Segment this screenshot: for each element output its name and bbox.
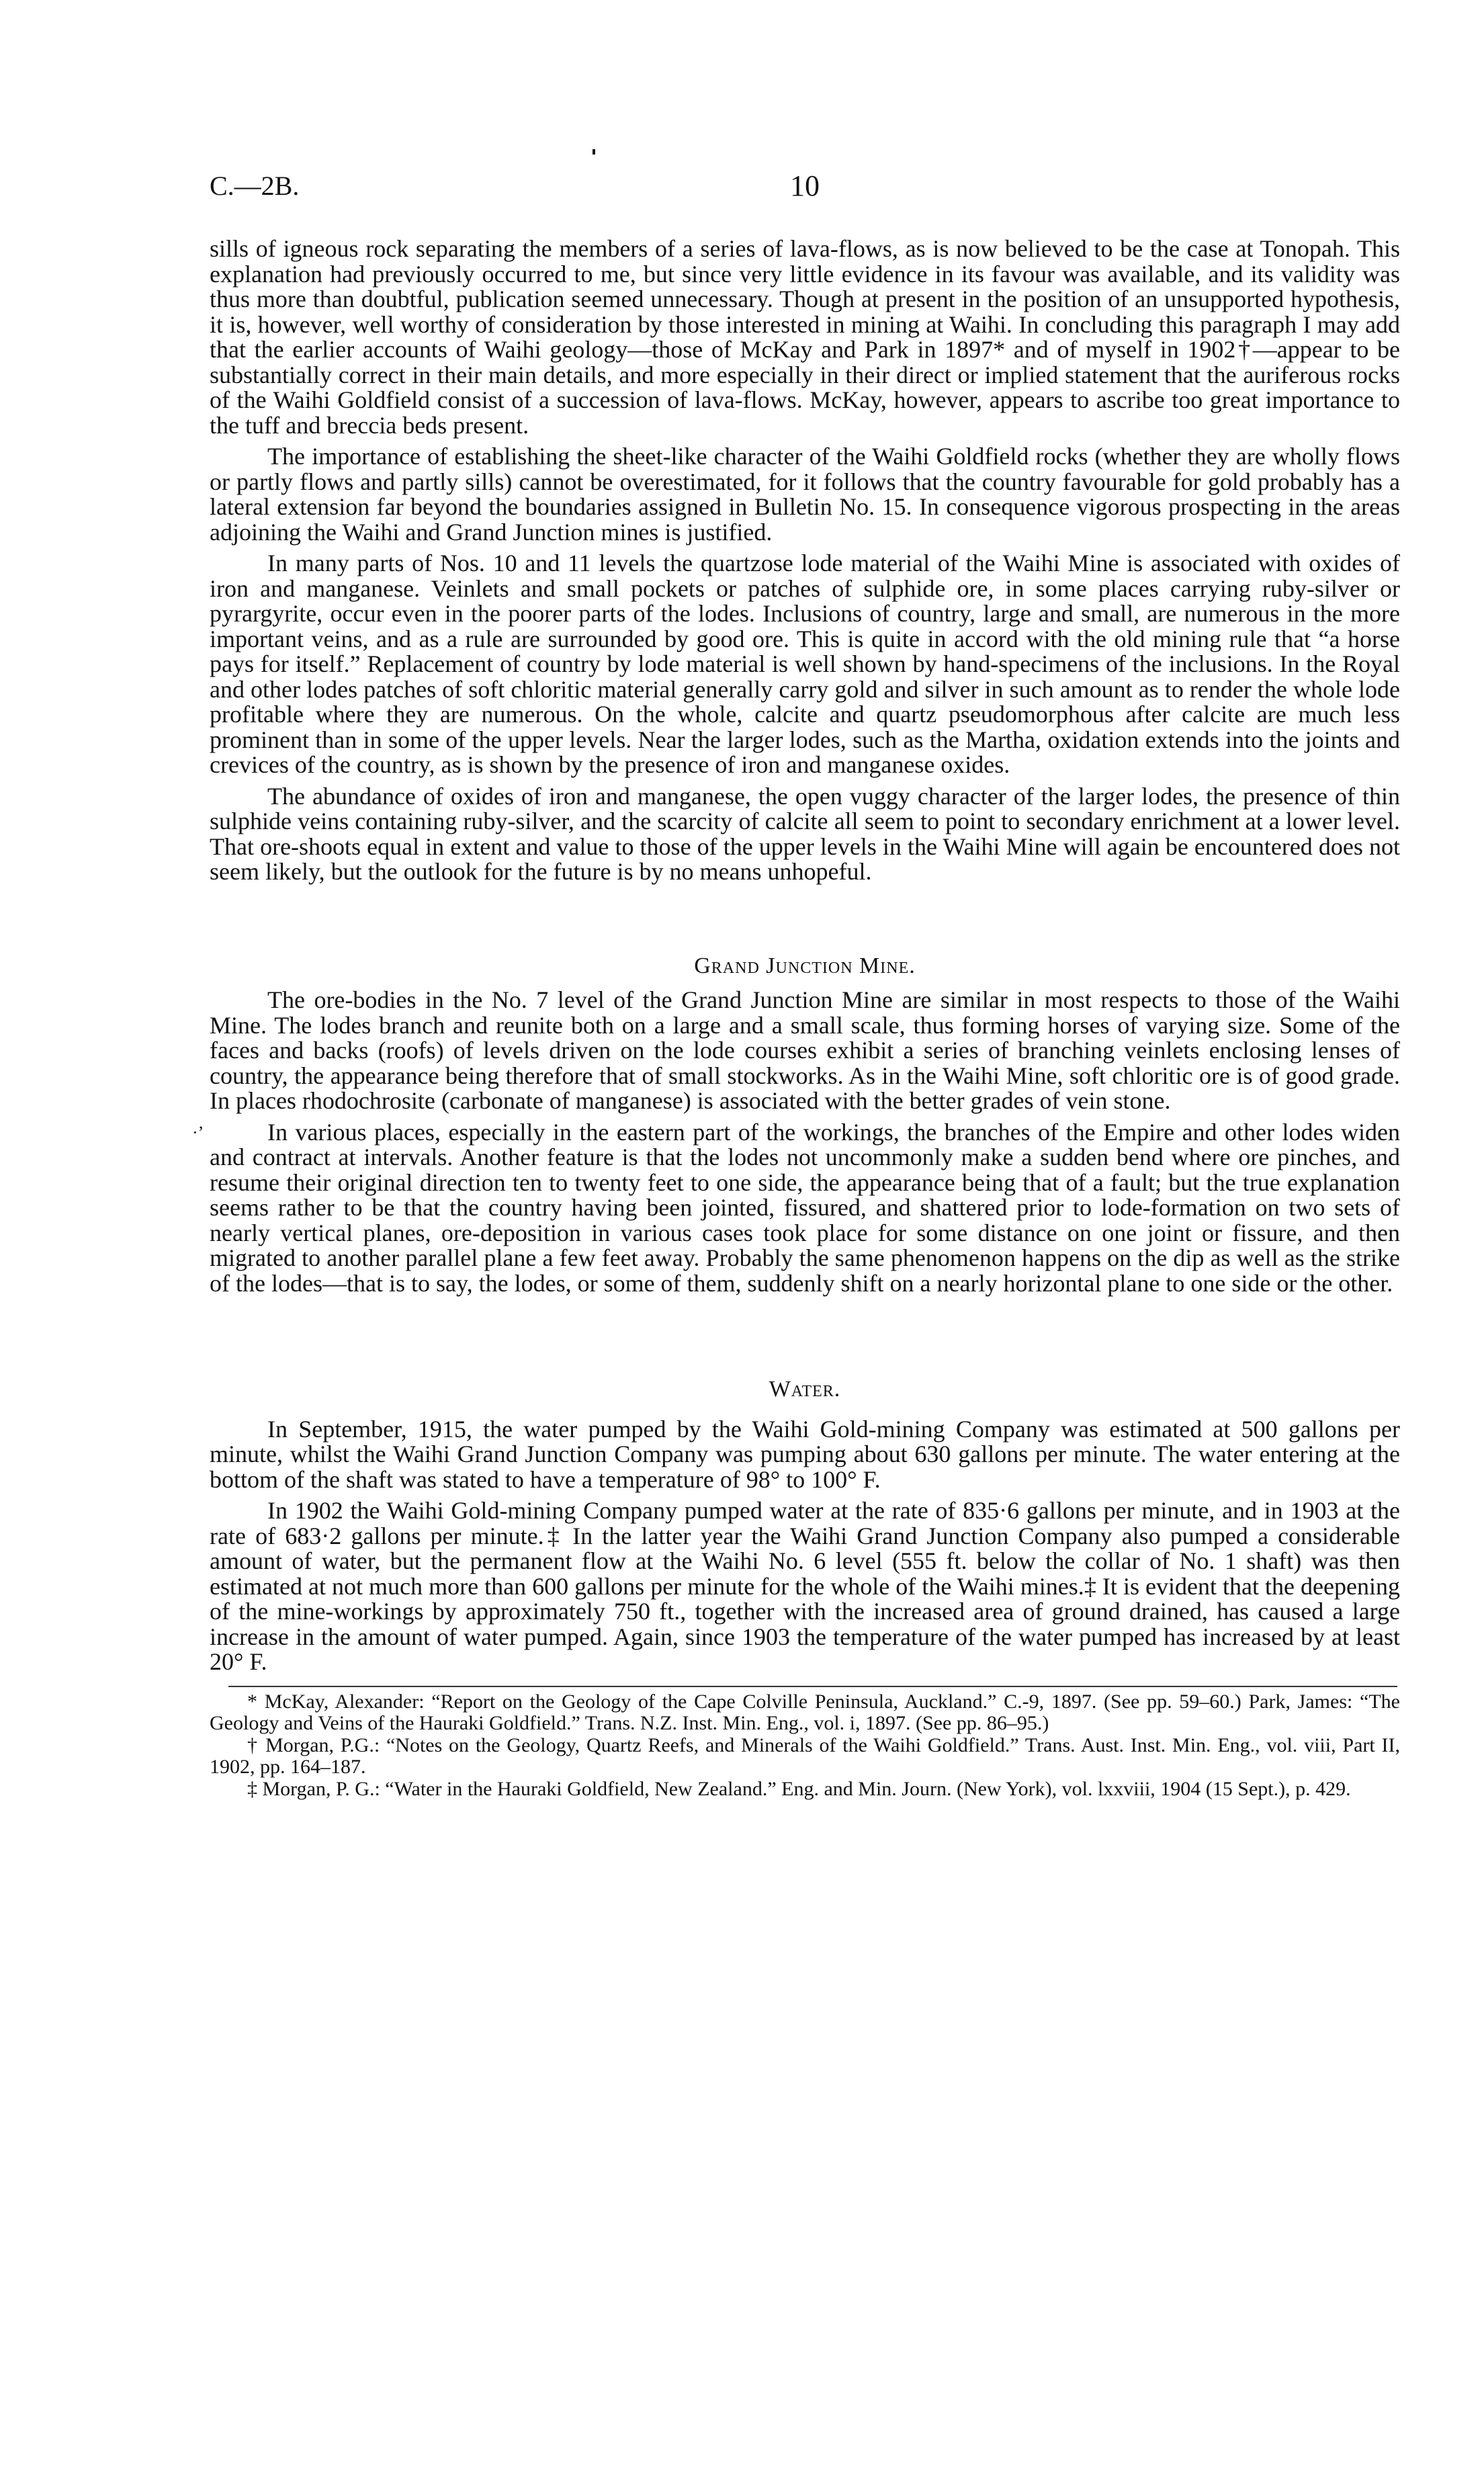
paragraph: The abundance of oxides of iron and mang… [210, 784, 1400, 885]
grand-junction-section: Grand Junction Mine. The ore-bodies in t… [210, 953, 1400, 1297]
paragraph: The importance of establishing the sheet… [210, 444, 1400, 545]
section-heading-water: Water. [210, 1377, 1400, 1402]
footnote-morgan-1902: † Morgan, P.G.: “Notes on the Geology, Q… [210, 1735, 1400, 1779]
paragraph: The ore-bodies in the No. 7 level of the… [210, 988, 1400, 1114]
footnotes: * McKay, Alexander: “Report on the Geolo… [210, 1691, 1400, 1801]
footnote-divider [228, 1686, 1397, 1687]
footnote-mckay-park: * McKay, Alexander: “Report on the Geolo… [210, 1691, 1400, 1735]
paragraph: In September, 1915, the water pumped by … [210, 1417, 1400, 1493]
faint-stamp [1182, 2264, 1263, 2291]
paragraph: In 1902 the Waihi Gold-mining Company pu… [210, 1498, 1400, 1675]
paragraph: In various places, especially in the eas… [210, 1120, 1400, 1297]
paragraph: In many parts of Nos. 10 and 11 levels t… [210, 551, 1400, 778]
page-number: 10 [210, 173, 1400, 199]
footnote-morgan-1904: ‡ Morgan, P. G.: “Water in the Hauraki G… [210, 1779, 1400, 1801]
scan-speck [593, 149, 595, 155]
intro-section: sills of igneous rock separating the mem… [210, 237, 1400, 885]
margin-mark: ·ʼ [192, 1120, 204, 1146]
page-header: C.—2B. 10 [210, 173, 1400, 207]
paragraph-wrapper: ·ʼ In various places, especially in the … [210, 1120, 1400, 1297]
water-section: Water. In September, 1915, the water pum… [210, 1377, 1400, 1675]
page-body: sills of igneous rock separating the mem… [210, 237, 1400, 1800]
paragraph: sills of igneous rock separating the mem… [210, 237, 1400, 438]
section-heading-grand-junction: Grand Junction Mine. [210, 953, 1400, 979]
